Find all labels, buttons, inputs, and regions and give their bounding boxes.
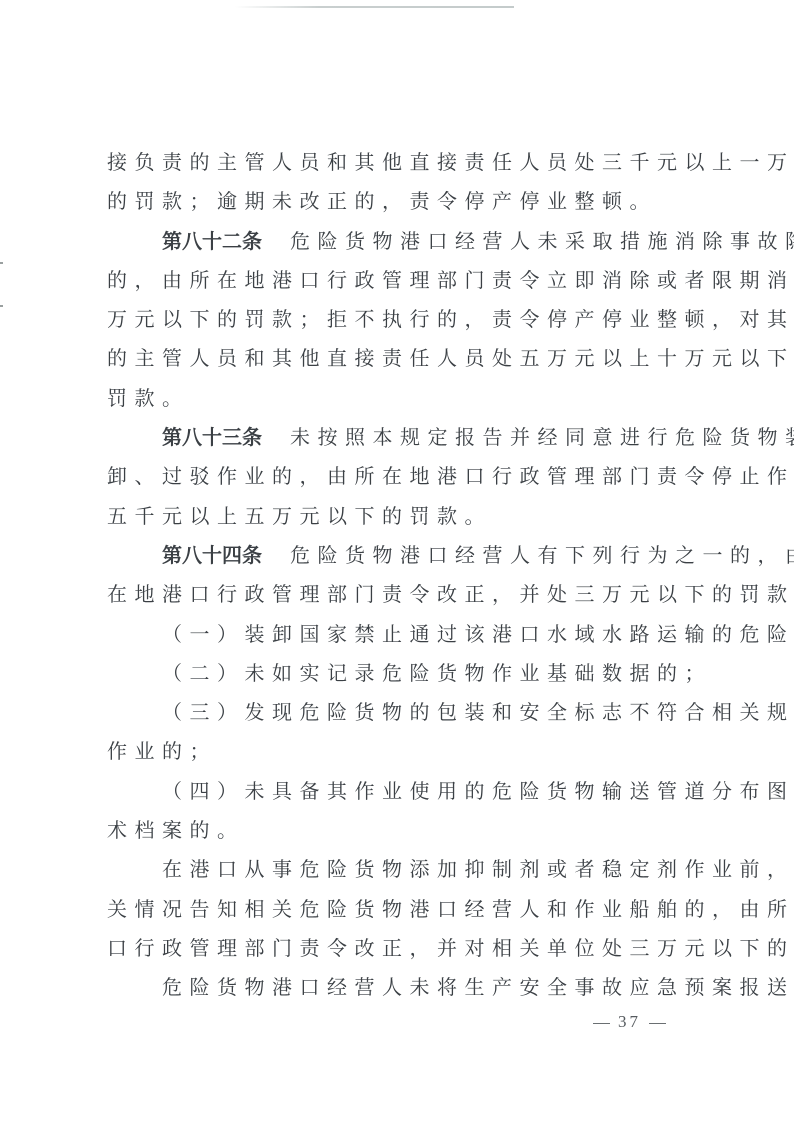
paragraph-2-first: 在港口从事危险货物添加抑制剂或者稳定剂作业前，未将有 (107, 850, 687, 889)
article-84-first-line: 第八十四条危险货物港口经营人有下列行为之一的，由所 (107, 536, 687, 575)
text-line: 接负责的主管人员和其他直接责任人员处三千元以上一万元以下 (107, 143, 687, 182)
dash-left (593, 1023, 610, 1024)
dash-right (649, 1023, 666, 1024)
article-84-text: 危险货物港口经营人有下列行为之一的，由所 (290, 543, 794, 567)
article-82-heading: 第八十二条 (162, 229, 262, 253)
list-item-4: （四）未具备其作业使用的危险货物输送管道分布图、安全技 (107, 772, 687, 811)
text-line: 卸、过驳作业的，由所在地港口行政管理部门责令停止作业，并处 (107, 457, 687, 496)
list-item-3-cont: 作业的； (107, 732, 687, 771)
article-83-heading: 第八十三条 (162, 425, 262, 449)
article-83-first-line: 第八十三条未按照本规定报告并经同意进行危险货物装 (107, 418, 687, 457)
page-number-value: 37 (618, 1012, 641, 1031)
text-line: 的罚款；逾期未改正的，责令停产停业整顿。 (107, 182, 687, 221)
article-82-first-line: 第八十二条危险货物港口经营人未采取措施消除事故隐患 (107, 222, 687, 261)
list-item-2: （二）未如实记录危险货物作业基础数据的； (107, 654, 687, 693)
list-item-1: （一）装卸国家禁止通过该港口水域水路运输的危险货物的； (107, 615, 687, 654)
list-item-3: （三）发现危险货物的包装和安全标志不符合相关规定仍进行 (107, 693, 687, 732)
text-line: 口行政管理部门责令改正，并对相关单位处三万元以下的罚款。 (107, 929, 687, 968)
text-line: 关情况告知相关危险货物港口经营人和作业船舶的，由所在地港 (107, 890, 687, 929)
margin-mark (0, 305, 3, 307)
text-line: 万元以下的罚款；拒不执行的，责令停产停业整顿，对其直接负责 (107, 300, 687, 339)
page-number: 37 (585, 1012, 674, 1032)
paragraph-3-first: 危险货物港口经营人未将生产安全事故应急预案报送备案 (107, 968, 687, 1007)
text-line: 在地港口行政管理部门责令改正，并处三万元以下的罚款： (107, 575, 687, 614)
text-line: 的，由所在地港口行政管理部门责令立即消除或者限期消除，处五 (107, 261, 687, 300)
list-item-4-cont: 术档案的。 (107, 811, 687, 850)
text-line: 罚款。 (107, 379, 687, 418)
margin-mark (0, 262, 3, 264)
document-body: 接负责的主管人员和其他直接责任人员处三千元以上一万元以下 的罚款；逾期未改正的，… (107, 143, 687, 1008)
article-82-text: 危险货物港口经营人未采取措施消除事故隐患 (290, 229, 794, 253)
text-line: 的主管人员和其他直接责任人员处五万元以上十万元以下的 (107, 339, 687, 378)
article-83-text: 未按照本规定报告并经同意进行危险货物装 (290, 425, 794, 449)
text-line: 五千元以上五万元以下的罚款。 (107, 497, 687, 536)
scan-edge-line (235, 6, 514, 8)
article-84-heading: 第八十四条 (162, 543, 262, 567)
